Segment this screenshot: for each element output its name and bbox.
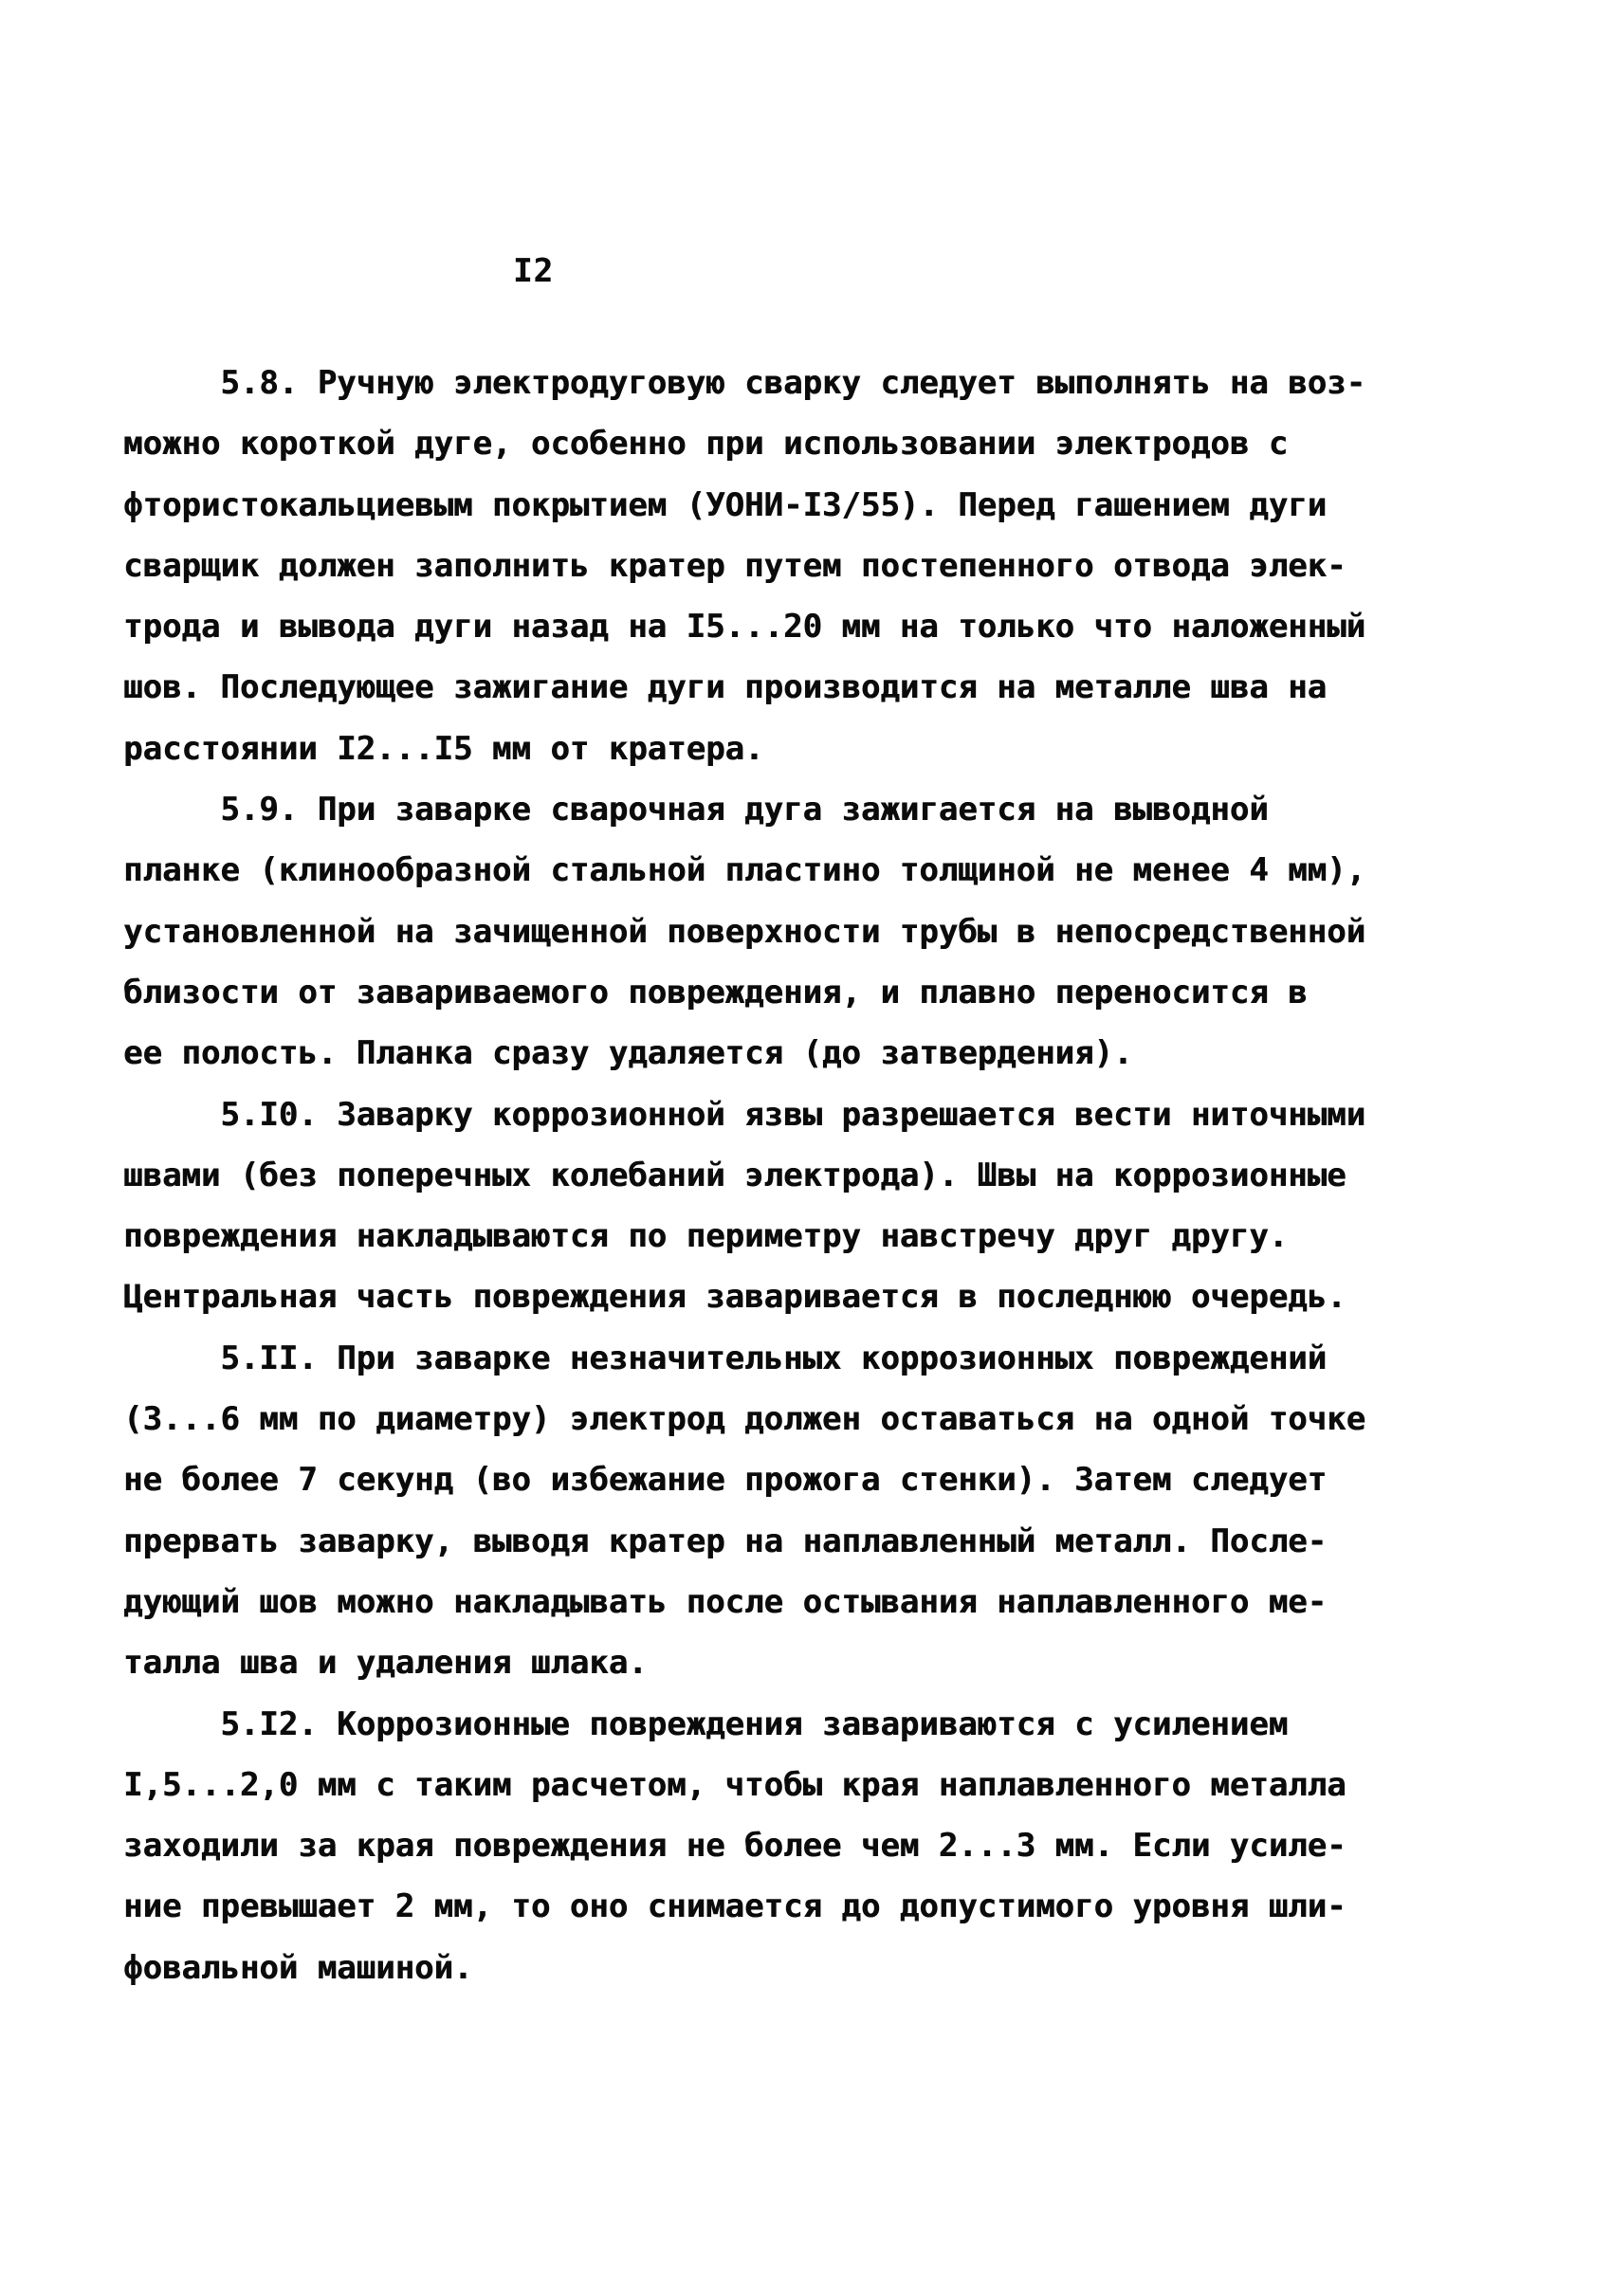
text-line: повреждения накладываются по периметру н… (123, 1206, 1489, 1266)
text-line: близости от завариваемого повреждения, и… (123, 962, 1489, 1023)
text-block: 5.8. Ручную электродуговую сварку следуе… (123, 353, 1489, 1998)
text-line: талла шва и удаления шлака. (123, 1632, 1489, 1693)
text-line: ние превышает 2 мм, то оно снимается до … (123, 1876, 1489, 1937)
text-line: планке (клинообразной стальной пластино … (123, 840, 1489, 901)
text-line: Центральная часть повреждения заваривает… (123, 1266, 1489, 1327)
text-line: расстоянии I2...I5 мм от кратера. (123, 719, 1489, 779)
text-line: прервать заварку, выводя кратер на напла… (123, 1511, 1489, 1572)
text-line: можно короткой дуге, особенно при исполь… (123, 413, 1489, 474)
text-line: 5.II. При заварке незначительных коррози… (123, 1328, 1489, 1389)
scanned-document-page: I2 5.8. Ручную электродуговую сварку сле… (0, 0, 1612, 2296)
text-line: установленной на зачищенной поверхности … (123, 902, 1489, 962)
text-line: 5.8. Ручную электродуговую сварку следуе… (123, 353, 1489, 413)
text-line: ее полость. Планка сразу удаляется (до з… (123, 1023, 1489, 1084)
text-line: фовальной машиной. (123, 1938, 1489, 1998)
text-line: фтористокальциевым покрытием (УОНИ-I3/55… (123, 475, 1489, 536)
text-line: заходили за края повреждения не более че… (123, 1815, 1489, 1876)
text-line: дующий шов можно накладывать после остыв… (123, 1572, 1489, 1632)
text-line: сварщик должен заполнить кратер путем по… (123, 536, 1489, 596)
text-line: 5.I0. Заварку коррозионной язвы разрешае… (123, 1084, 1489, 1145)
text-line: трода и вывода дуги назад на I5...20 мм … (123, 596, 1489, 657)
text-line: шов. Последующее зажигание дуги производ… (123, 657, 1489, 718)
text-line: швами (без поперечных колебаний электрод… (123, 1145, 1489, 1206)
text-line: (3...6 мм по диаметру) электрод должен о… (123, 1389, 1489, 1449)
text-line: не более 7 секунд (во избежание прожога … (123, 1449, 1489, 1510)
text-line: 5.I2. Коррозионные повреждения завариваю… (123, 1694, 1489, 1755)
page-number: I2 (513, 252, 554, 290)
text-line: 5.9. При заварке сварочная дуга зажигает… (123, 779, 1489, 840)
text-line: I,5...2,0 мм с таким расчетом, чтобы кра… (123, 1755, 1489, 1815)
